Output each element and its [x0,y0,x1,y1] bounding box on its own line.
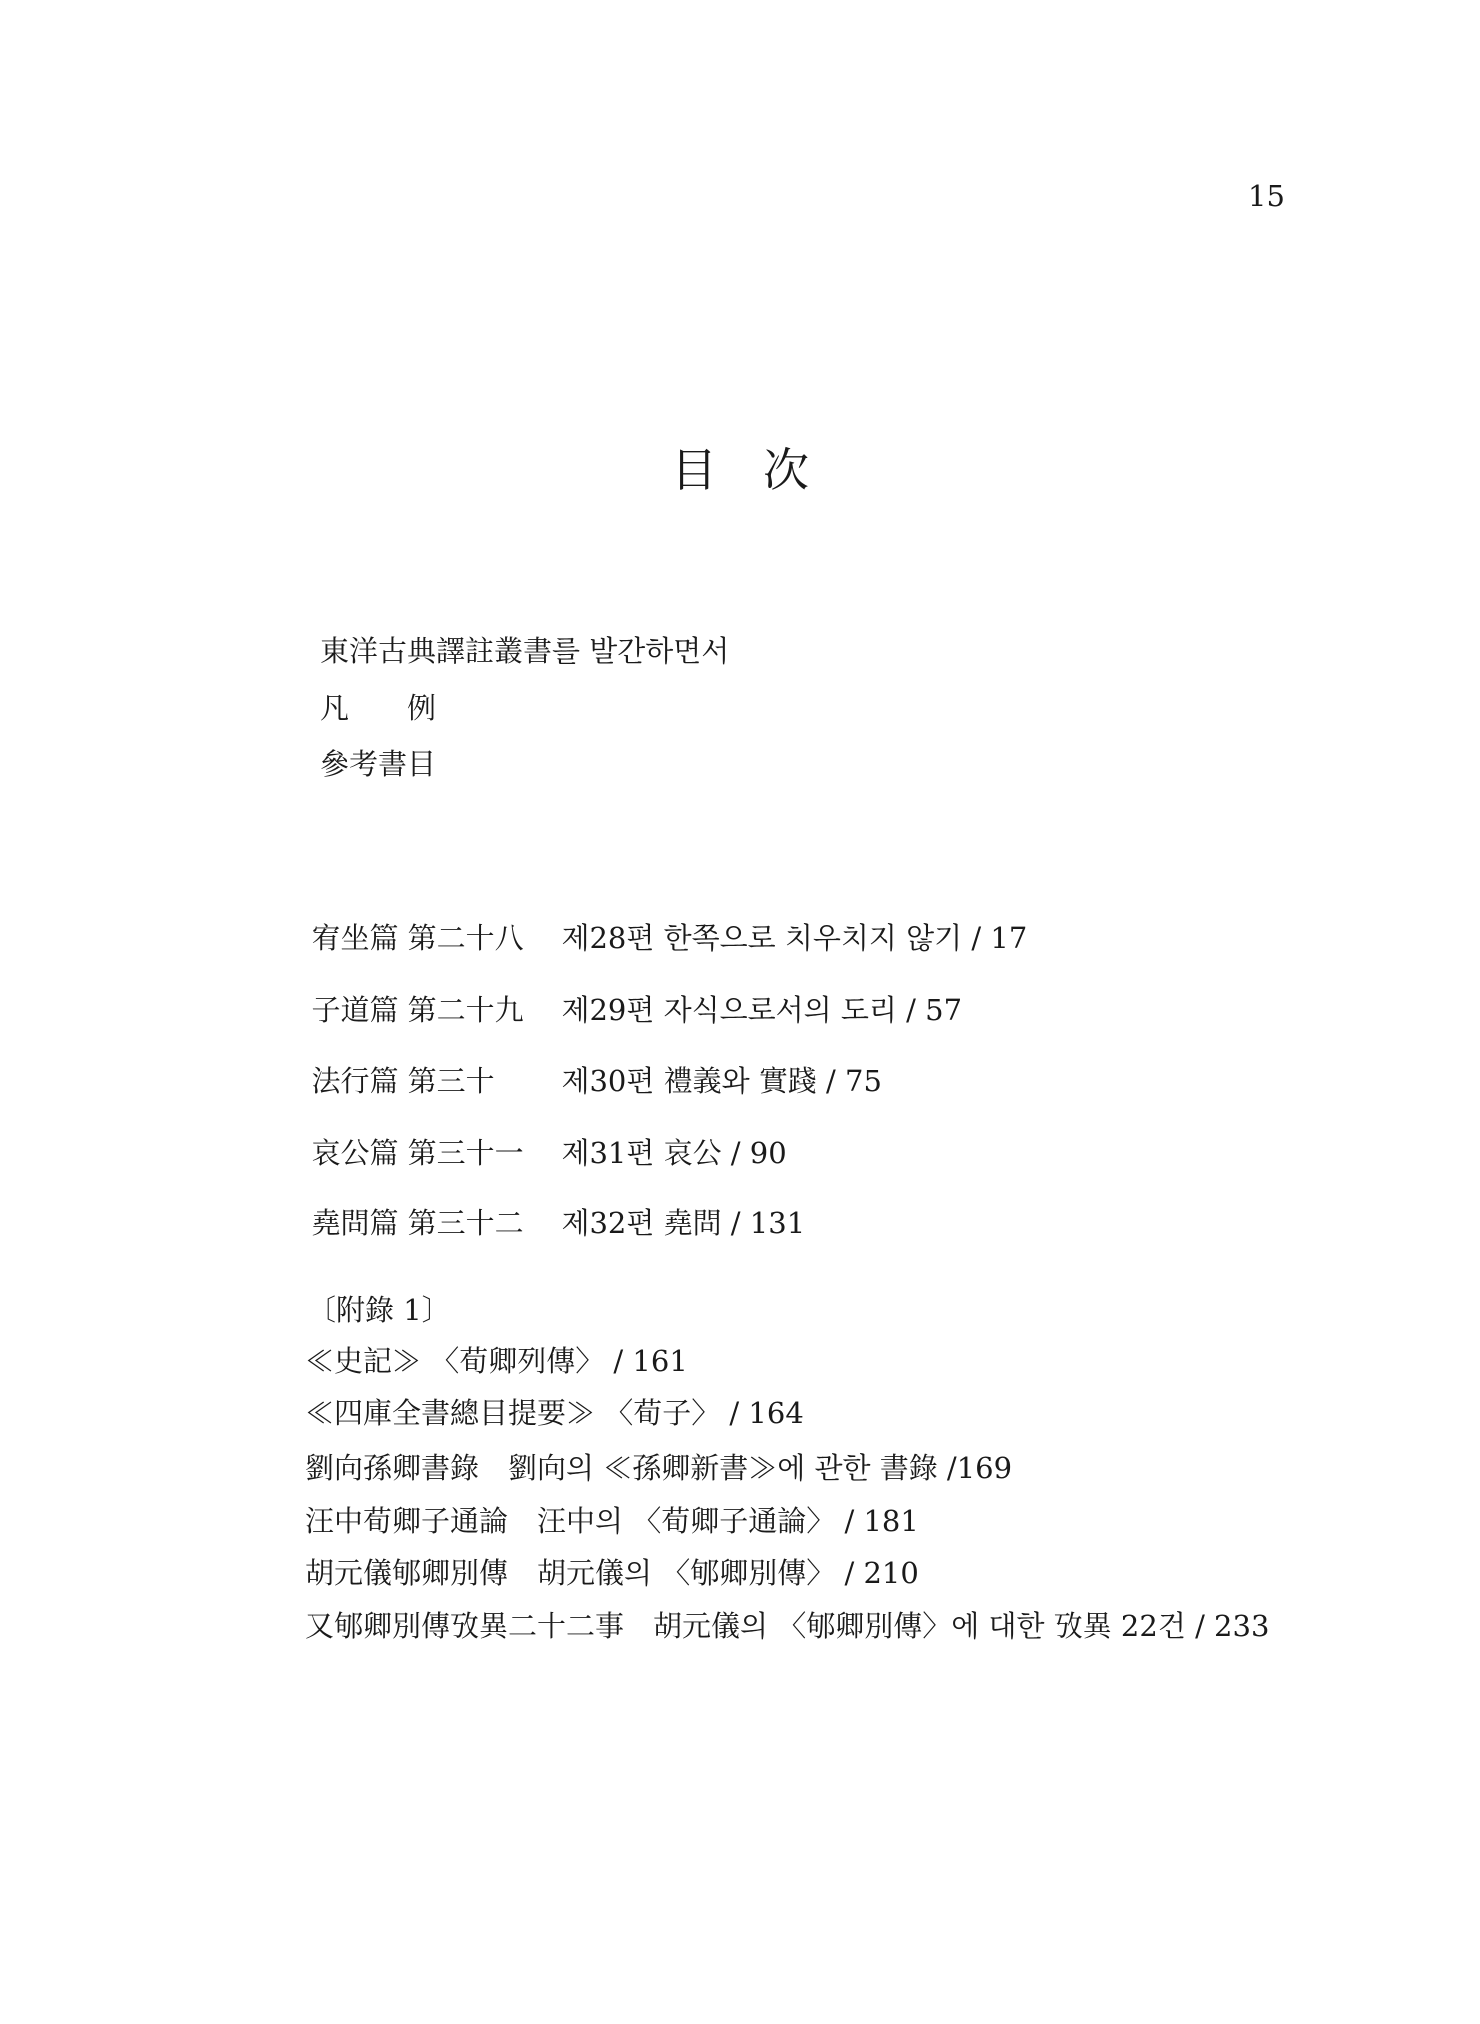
appendix-entry: 又郇卿別傳攷異二十二事 胡元儀의 〈郇卿別傳〉에 대한 攷異 22건 / 233 [305,1608,1269,1644]
front-matter-item-conventions: 凡 例 [320,690,436,726]
toc-entry-chapter-32: 堯問篇 第三十二제32편 堯問 / 131 [293,1169,805,1241]
appendix-entry: 胡元儀郇卿別傳 胡元儀의 〈郇卿別傳〉 / 210 [305,1555,919,1591]
chapter-title-korean: 제30편 禮義와 實踐 / 75 [561,1064,882,1098]
appendix-entry: 汪中荀卿子通論 汪中의 〈荀卿子通論〉 / 181 [305,1503,919,1539]
chapter-title-korean: 제28편 한쪽으로 치우치지 않기 / 17 [561,921,1027,955]
toc-entry-chapter-30: 法行篇 第三十제30편 禮義와 實踐 / 75 [293,1027,882,1099]
chapter-title-korean: 제32편 堯問 / 131 [561,1206,805,1240]
toc-entry-chapter-28: 宥坐篇 第二十八제28편 한쪽으로 치우치지 않기 / 17 [293,884,1027,956]
chapter-title-hanja: 堯問篇 第三十二 [311,1205,561,1241]
page-title: 目 次 [0,447,1480,493]
chapter-title-korean: 제29편 자식으로서의 도리 / 57 [561,993,962,1027]
page-number: 15 [1248,178,1285,214]
chapter-title-hanja: 宥坐篇 第二十八 [311,920,561,956]
appendix-entry: ≪史記≫ 〈荀卿列傳〉 / 161 [305,1343,688,1379]
chapter-title-hanja: 哀公篇 第三十一 [311,1135,561,1171]
front-matter-item-foreword: 東洋古典譯註叢書를 발간하면서 [320,633,729,669]
chapter-title-hanja: 法行篇 第三十 [311,1063,561,1099]
chapter-title-korean: 제31편 哀公 / 90 [561,1136,786,1170]
appendix-entry: 劉向孫卿書錄 劉向의 ≪孫卿新書≫에 관한 書錄 /169 [305,1450,1012,1486]
book-toc-page: { "colors": { "text": "#1a1a1a", "backgr… [0,0,1480,2024]
appendix-entry: ≪四庫全書總目提要≫ 〈荀子〉 / 164 [305,1395,804,1431]
chapter-title-hanja: 子道篇 第二十九 [311,992,561,1028]
toc-entry-chapter-29: 子道篇 第二十九제29편 자식으로서의 도리 / 57 [293,956,962,1028]
appendix-heading: 〔附錄 1〕 [307,1292,451,1328]
front-matter-item-bibliography: 參考書目 [320,746,436,782]
toc-entry-chapter-31: 哀公篇 第三十一제31편 哀公 / 90 [293,1099,787,1171]
